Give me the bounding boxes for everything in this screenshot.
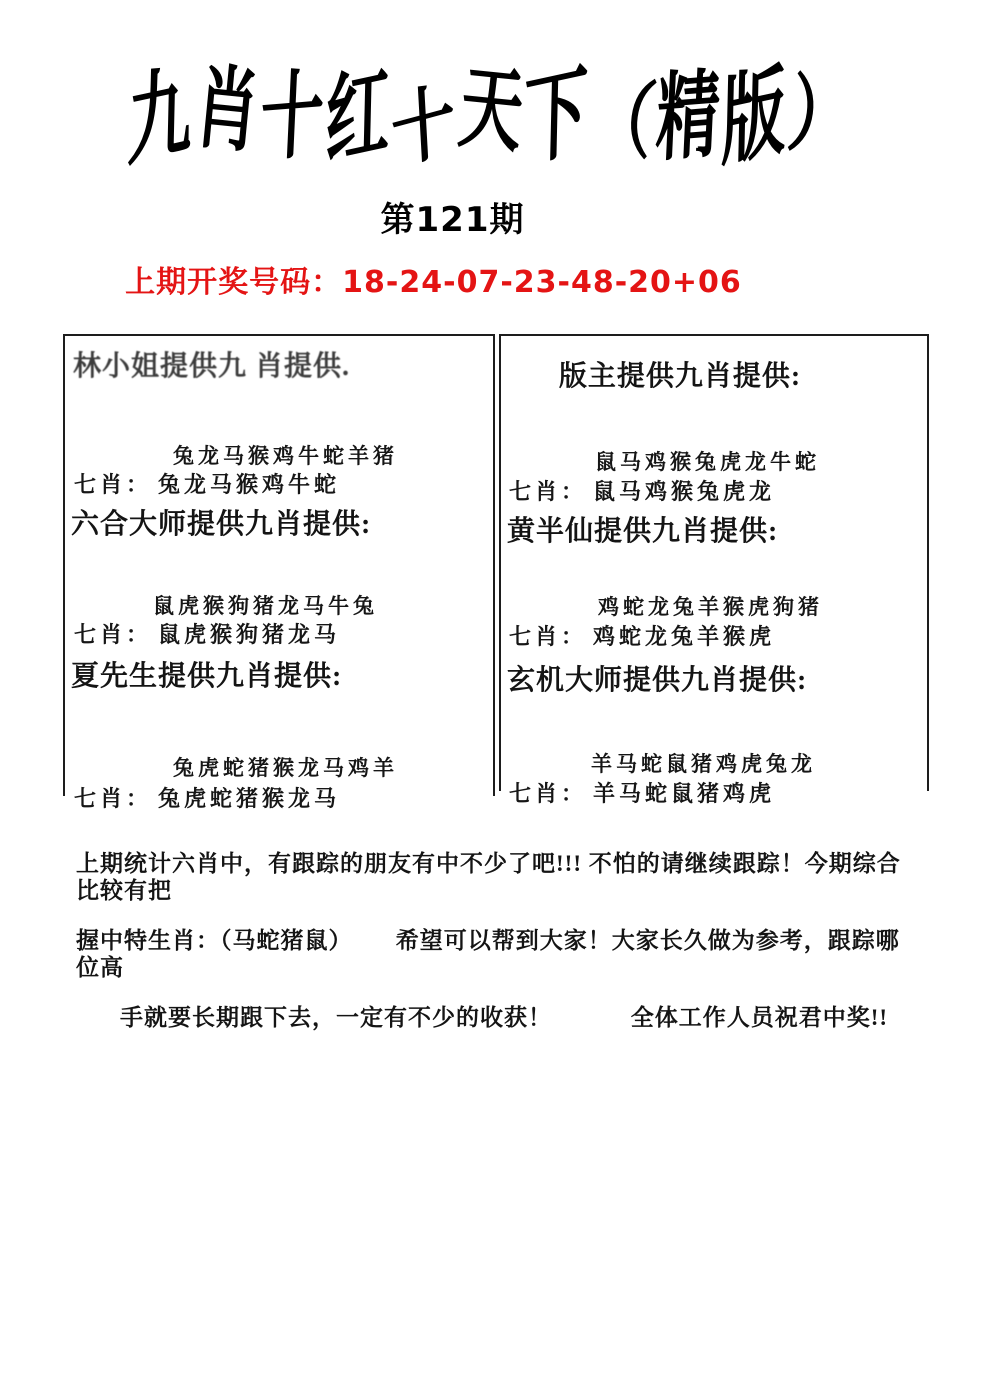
seven-label: 七肖： [509, 624, 587, 649]
nine-zodiac-line: 兔虎蛇猪猴龙马鸡羊 [173, 752, 398, 782]
seven-label: 七肖： [74, 622, 152, 647]
provider-heading-huangbanxian: 黄半仙提供九肖提供: [507, 509, 778, 549]
right-panel: 版主提供九肖提供: 鼠马鸡猴兔虎龙牛蛇 七肖：鼠马鸡猴兔虎龙 黄半仙提供九肖提供… [499, 334, 929, 791]
last-draw-label: 上期开奖号码： [125, 265, 342, 300]
footer-line-1: 上期统计六肖中，有跟踪的朋友有中不少了吧!!! 不怕的请继续跟踪！今期综合比较有… [76, 850, 912, 904]
seven-value: 兔虎蛇猪猴龙马 [158, 786, 340, 811]
seven-zodiac-line: 七肖：兔虎蛇猪猴龙马 [74, 782, 340, 813]
page-title: 九肖十红十天下（精版） [0, 52, 981, 192]
seven-zodiac-line: 七肖：鼠虎猴狗猪龙马 [74, 618, 340, 649]
provider-heading-xuanji: 玄机大师提供九肖提供: [507, 658, 807, 698]
left-panel: 林小姐提供九 肖提供. 兔龙马猴鸡牛蛇羊猪 七肖：兔龙马猴鸡牛蛇 六合大师提供九… [63, 334, 495, 796]
seven-zodiac-line: 七肖：鼠马鸡猴兔虎龙 [509, 475, 775, 506]
seven-zodiac-line: 七肖：兔龙马猴鸡牛蛇 [74, 468, 340, 499]
provider-heading-xia: 夏先生提供九肖提供: [71, 654, 342, 694]
seven-value: 鼠虎猴狗猪龙马 [158, 622, 340, 647]
seven-value: 羊马蛇鼠猪鸡虎 [593, 781, 775, 806]
seven-zodiac-line: 七肖：羊马蛇鼠猪鸡虎 [509, 777, 775, 808]
provider-heading-banzhu: 版主提供九肖提供: [467, 354, 893, 394]
nine-zodiac-line: 鸡蛇龙兔羊猴虎狗猪 [598, 591, 823, 621]
footer-line-2: 握中特生肖：（马蛇猪鼠） 希望可以帮到大家！大家长久做为参考，跟踪哪位高 [76, 927, 912, 981]
seven-label: 七肖： [74, 786, 152, 811]
nine-zodiac-line: 兔龙马猴鸡牛蛇羊猪 [173, 440, 398, 470]
provider-heading-liuhe: 六合大师提供九肖提供: [71, 502, 371, 542]
seven-value: 兔龙马猴鸡牛蛇 [158, 472, 340, 497]
seven-value: 鼠马鸡猴兔虎龙 [593, 479, 775, 504]
issue-number: 第121期 [0, 192, 943, 241]
seven-label: 七肖： [74, 472, 152, 497]
footer-note: 上期统计六肖中，有跟踪的朋友有中不少了吧!!! 不怕的请继续跟踪！今期综合比较有… [76, 850, 912, 1054]
nine-zodiac-line: 羊马蛇鼠猪鸡虎兔龙 [591, 748, 816, 778]
provider-heading-lin: 林小姐提供九 肖提供. [73, 344, 350, 384]
page: { "header": { "title": "九肖十红十天下（精版）", "i… [0, 0, 981, 1388]
last-draw-numbers: 18-24-07-23-48-20+06 [342, 265, 742, 300]
last-draw-line: 上期开奖号码：18-24-07-23-48-20+06 [0, 257, 924, 301]
seven-label: 七肖： [509, 781, 587, 806]
nine-zodiac-line: 鼠虎猴狗猪龙马牛兔 [153, 590, 378, 620]
seven-label: 七肖： [509, 479, 587, 504]
footer-line-3: 手就要长期跟下去，一定有不少的收获！ 全体工作人员祝君中奖!! [76, 1004, 912, 1031]
seven-zodiac-line: 七肖：鸡蛇龙兔羊猴虎 [509, 620, 775, 651]
seven-value: 鸡蛇龙兔羊猴虎 [593, 624, 775, 649]
nine-zodiac-line: 鼠马鸡猴兔虎龙牛蛇 [595, 446, 820, 476]
